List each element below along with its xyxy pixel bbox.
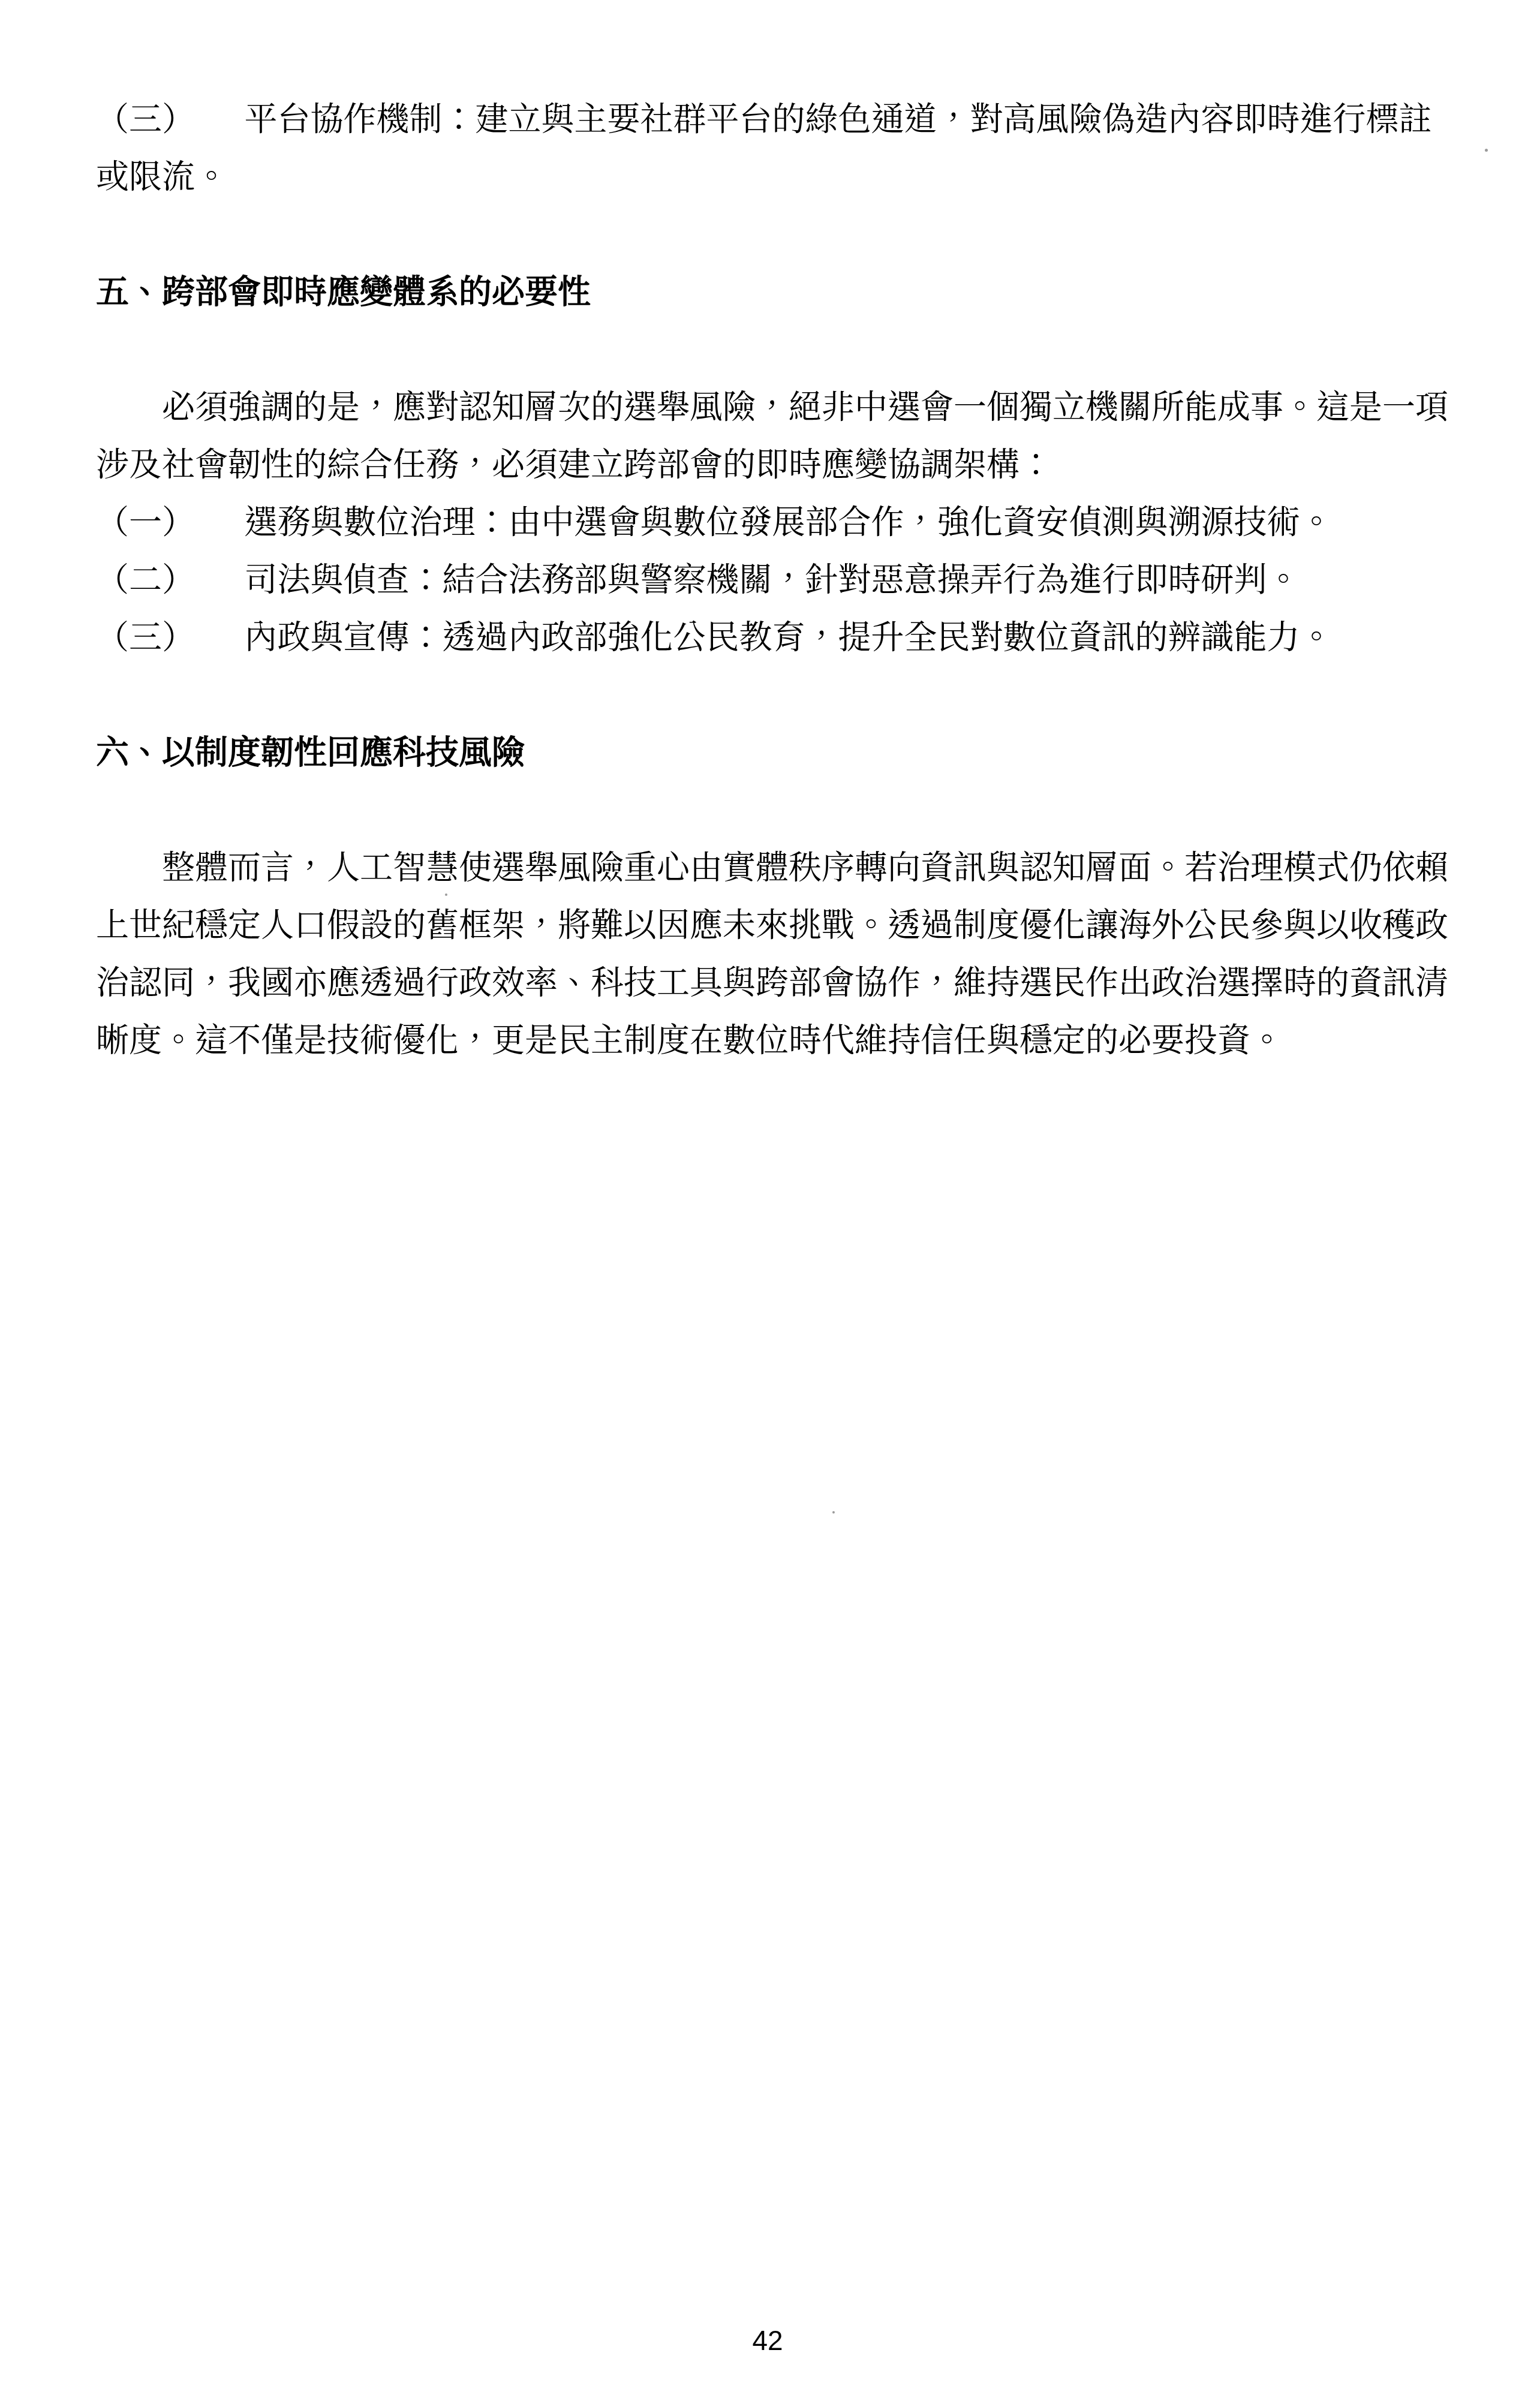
scan-speck [832,1511,835,1514]
section-6-body: 整體而言，人工智慧使選舉風險重心由實體秩序轉向資訊與認知層面。若治理模式仍依賴上… [96,838,1450,1069]
carryover-list-item: （三） 平台協作機制：建立與主要社群平台的綠色通道，對高風險偽造內容即時進行標註… [96,90,1450,205]
scan-speck [445,893,447,896]
list-item: （三） 內政與宣傳：透過內政部強化公民教育，提升全民對數位資訊的辨識能力。 [96,608,1450,666]
section-5-heading: 五、跨部會即時應變體系的必要性 [96,263,1450,320]
section-5-list: （一） 選務與數位治理：由中選會與數位發展部合作，強化資安偵測與溯源技術。 （二… [96,493,1450,666]
list-item: （二） 司法與偵查：結合法務部與警察機關，針對惡意操弄行為進行即時研判。 [96,550,1450,608]
section-5-intro: 必須強調的是，應對認知層次的選舉風險，絕非中選會一個獨立機關所能成事。這是一項涉… [96,378,1450,493]
section-6-heading: 六、以制度韌性回應科技風險 [96,723,1450,781]
scan-speck [1485,149,1488,152]
page-number: 42 [0,2322,1535,2358]
list-item: （一） 選務與數位治理：由中選會與數位發展部合作，強化資安偵測與溯源技術。 [96,493,1450,550]
document-page: （三） 平台協作機制：建立與主要社群平台的綠色通道，對高風險偽造內容即時進行標註… [96,90,1450,1069]
